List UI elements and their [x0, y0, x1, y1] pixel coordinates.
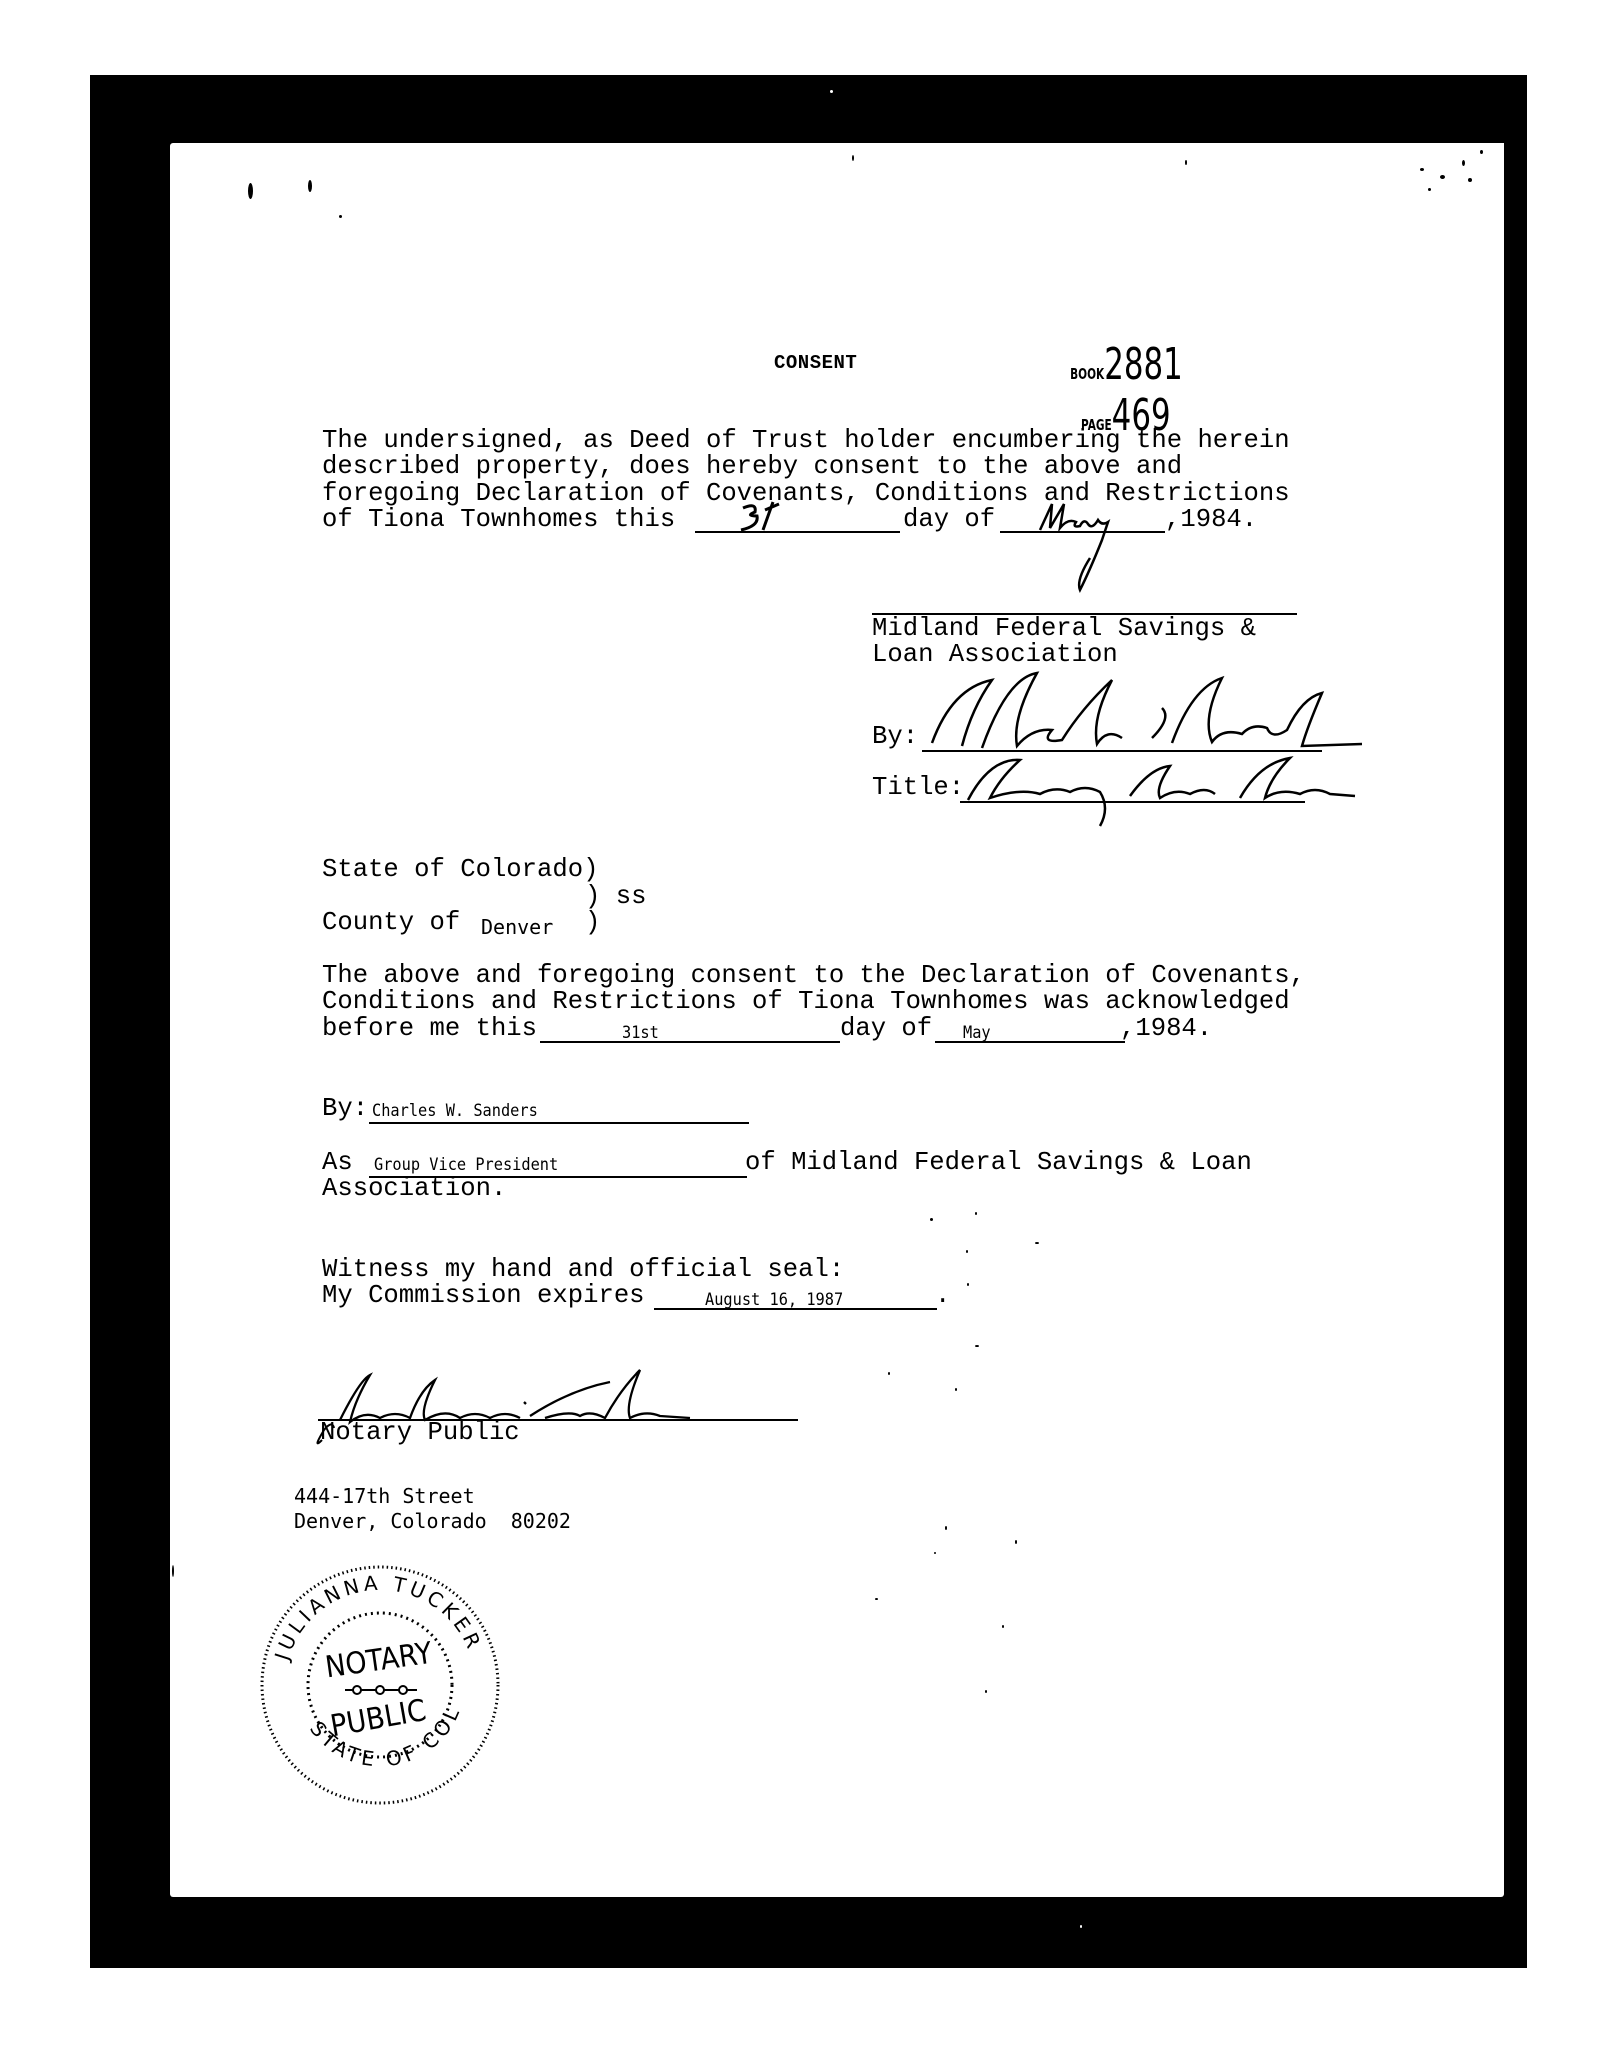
by-label: By: [872, 724, 918, 751]
ack-day-value: 31st [622, 1023, 659, 1043]
venue-county-label: County of [322, 910, 460, 937]
day-blank [695, 531, 900, 533]
seal-center-top: NOTARY [323, 1636, 435, 1686]
handwritten-day [735, 500, 795, 536]
notary-address-line2: Denver, Colorado 80202 [294, 1509, 571, 1534]
signer-as-label: As [322, 1150, 353, 1177]
commission-value: August 16, 1987 [705, 1290, 843, 1310]
signer-as-value: Group Vice President [374, 1155, 558, 1175]
ack-date-prefix: before me this [322, 1016, 537, 1043]
ack-month-value: May [963, 1023, 991, 1043]
book-label: BOOK [1070, 365, 1104, 383]
handwritten-month [1030, 500, 1140, 595]
lender-name-line1: Midland Federal Savings & [872, 616, 1256, 643]
signer-by-value: Charles W. Sanders [372, 1101, 538, 1121]
title-label: Title: [872, 775, 964, 802]
signer-by-label: By: [322, 1096, 368, 1123]
document-title: CONSENT [774, 352, 857, 374]
seal-center-bottom: PUBLIC [328, 1693, 429, 1744]
lender-name-line2: Loan Association [872, 642, 1118, 669]
signer-of-text: of Midland Federal Savings & Loan [745, 1150, 1252, 1177]
witness-line: Witness my hand and official seal: [322, 1257, 844, 1284]
notary-seal: JULIANNA TUCKER STATE OF COLORADO NOTARY… [245, 1560, 515, 1810]
lender-signature [922, 668, 1362, 758]
consent-line: The undersigned, as Deed of Trust holder… [322, 428, 1290, 455]
recording-stamp: BOOK2881 PAGE469 [1063, 320, 1183, 441]
signer-by-line [369, 1122, 749, 1124]
ack-line: The above and foregoing consent to the D… [322, 963, 1305, 990]
consent-date-prefix: of Tiona Townhomes this [322, 507, 675, 534]
venue-ss: ) ss [585, 884, 646, 911]
signer-of-text-line2: Association. [322, 1176, 506, 1203]
venue-county-value: Denver [481, 915, 553, 940]
consent-year: ,1984. [1165, 507, 1257, 534]
ack-day-of-label: day of [840, 1016, 932, 1043]
venue-state: State of Colorado) [322, 857, 598, 884]
venue-county-close: ) [585, 910, 600, 937]
ack-year: ,1984. [1120, 1016, 1212, 1043]
consent-line: foregoing Declaration of Covenants, Cond… [322, 481, 1290, 508]
title-signature [960, 748, 1360, 828]
notary-label: Notary Public [320, 1420, 520, 1447]
ack-day-blank [540, 1041, 840, 1043]
commission-label: My Commission expires [322, 1283, 645, 1310]
commission-line [654, 1308, 937, 1310]
ack-line: Conditions and Restrictions of Tiona Tow… [322, 989, 1290, 1016]
book-number: 2881 [1104, 339, 1183, 390]
notary-address-line1: 444-17th Street [294, 1484, 475, 1509]
day-of-label: day of [903, 507, 995, 534]
consent-line: described property, does hereby consent … [322, 454, 1182, 481]
commission-suffix: . [935, 1283, 950, 1310]
